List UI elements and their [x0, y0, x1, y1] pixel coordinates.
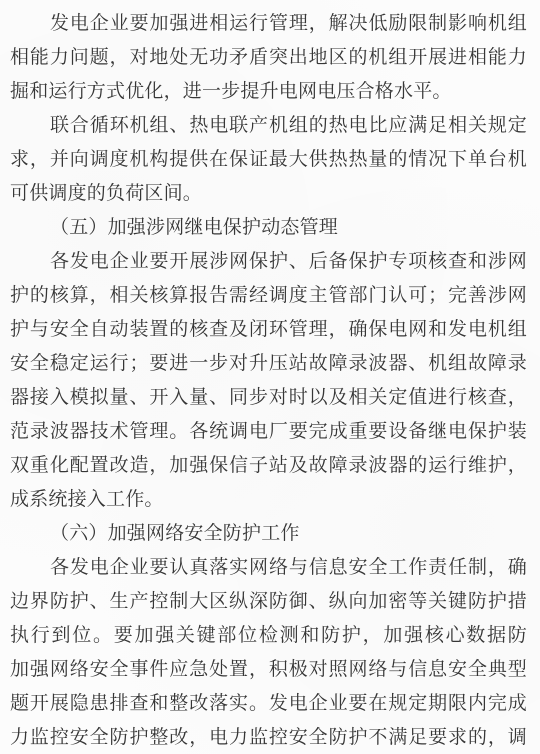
body-text-line: 各发电企业要开展涉网保护、后备保护专项核查和涉网保: [10, 245, 527, 279]
section-heading: （五）加强涉网继电保护动态管理: [10, 211, 527, 245]
body-text-line: 可供调度的负荷区间。: [10, 177, 527, 211]
body-text-line: 双重化配置改造，加强保信子站及故障录波器的运行维护，完: [10, 449, 527, 483]
body-text-line: 加强网络安全事件应急处置，积极对照网络与信息安全典型问: [10, 653, 527, 687]
body-text-line: 边界防护、生产控制大区纵深防御、纵向加密等关键防护措置: [10, 585, 527, 619]
body-text-line: 掘和运行方式优化，进一步提升电网电压合格水平。: [10, 75, 527, 109]
body-text-line: 力监控安全防护整改，电力监控安全防护不满足要求的，调度: [10, 721, 527, 754]
body-text-line: 器接入模拟量、开入量、同步对时以及相关定值进行核查，规: [10, 381, 527, 415]
body-text-line: 各发电企业要认真落实网络与信息安全工作责任制，确保: [10, 551, 527, 585]
document-page: 发电企业要加强进相运行管理，解决低励限制影响机组进相能力问题，对地处无功矛盾突出…: [0, 0, 540, 754]
body-text-line: 范录波器技术管理。各统调电厂要完成重要设备继电保护装置: [10, 415, 527, 449]
body-text-line: 求，并向调度机构提供在保证最大供热热量的情况下单台机组: [10, 143, 527, 177]
body-text-line: 执行到位。要加强关键部位检测和防护，加强核心数据防护，: [10, 619, 527, 653]
section-heading: （六）加强网络安全防护工作: [10, 517, 527, 551]
body-text-line: 护的核算，相关核算报告需经调度主管部门认可；完善涉网保: [10, 279, 527, 313]
body-text-line: 题开展隐患排查和整改落实。发电企业要在规定期限内完成电: [10, 687, 527, 721]
body-text-line: 护与安全自动装置的核查及闭环管理，确保电网和发电机组的: [10, 313, 527, 347]
body-text-line: 安全稳定运行；要进一步对升压站故障录波器、机组故障录波: [10, 347, 527, 381]
body-text-line: 成系统接入工作。: [10, 483, 527, 517]
body-text-line: 联合循环机组、热电联产机组的热电比应满足相关规定要: [10, 109, 527, 143]
body-text-line: 相能力问题，对地处无功矛盾突出地区的机组开展进相能力挖: [10, 41, 527, 75]
document-body: 发电企业要加强进相运行管理，解决低励限制影响机组进相能力问题，对地处无功矛盾突出…: [10, 7, 527, 754]
body-text-line: 发电企业要加强进相运行管理，解决低励限制影响机组进: [10, 7, 527, 41]
